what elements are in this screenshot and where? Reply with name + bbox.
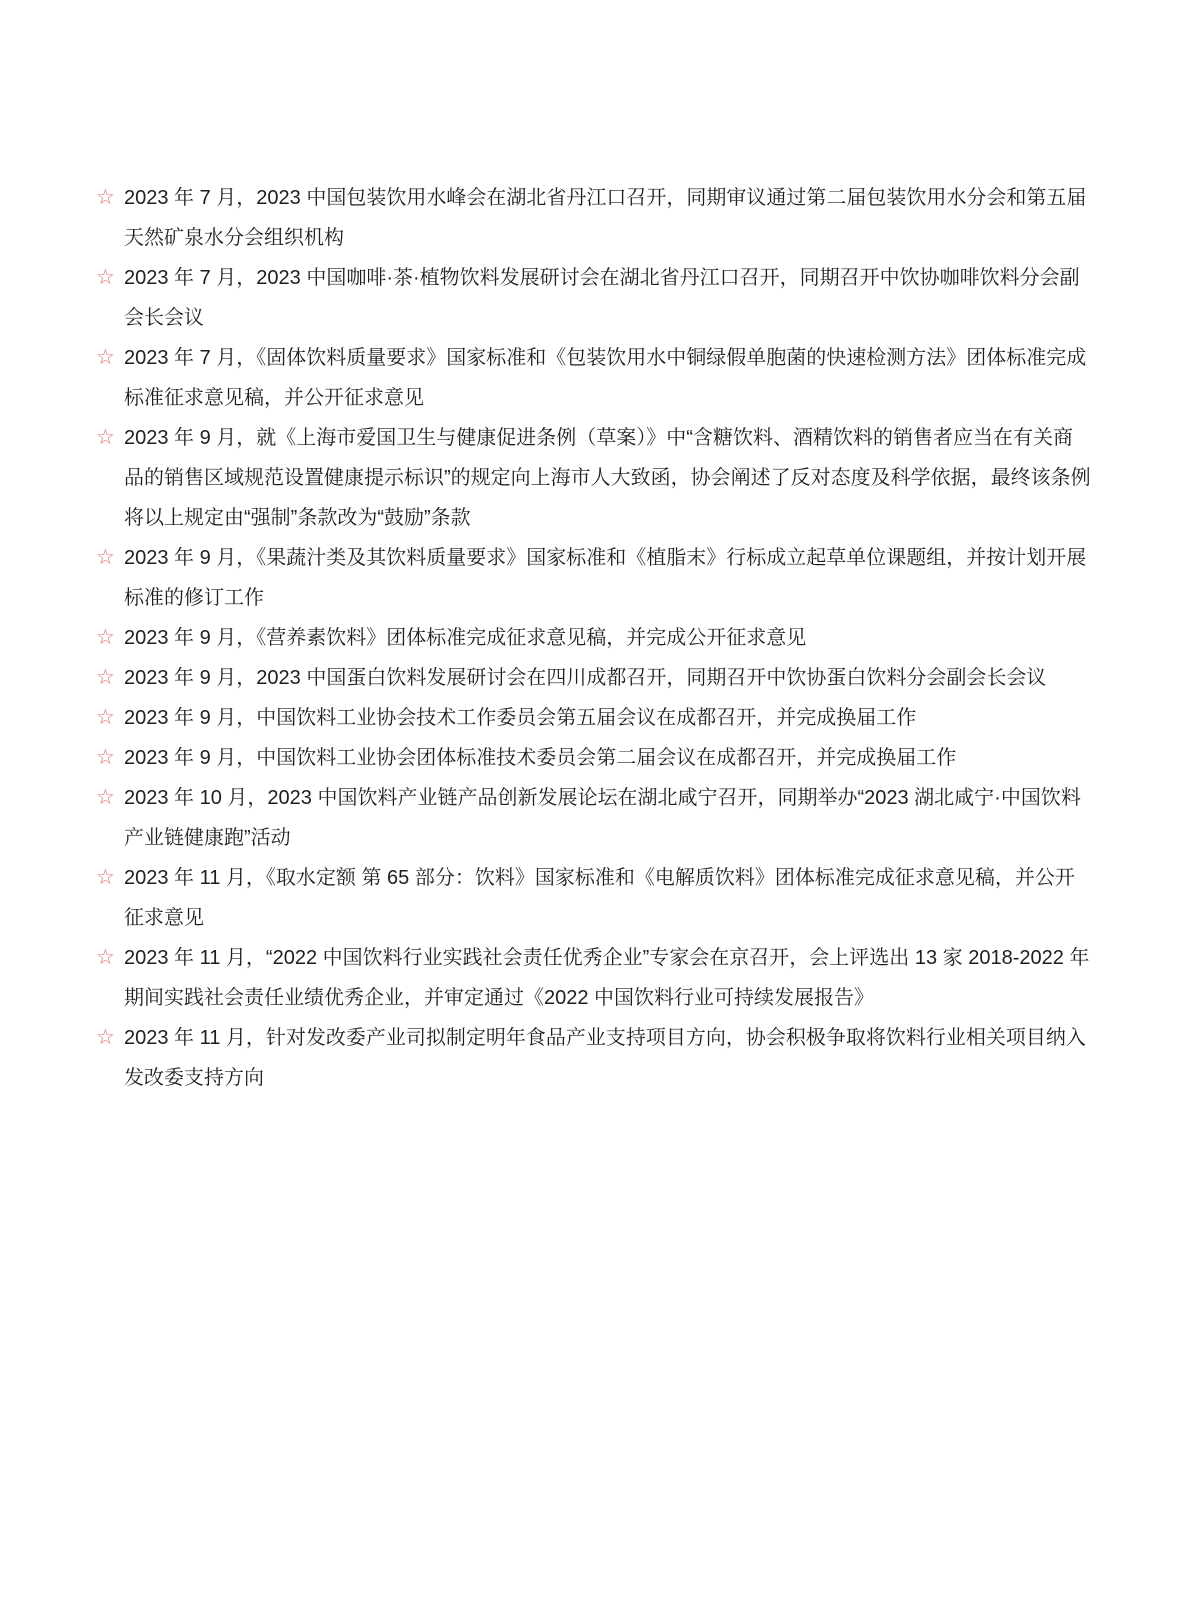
timeline-item-text: 2023 年 9 月，中国饮料工业协会技术工作委员会第五届会议在成都召开，并完成…	[124, 707, 916, 729]
timeline-item: ☆2023 年 7 月，2023 中国咖啡·茶·植物饮料发展研讨会在湖北省丹江口…	[96, 258, 1092, 338]
timeline-item-text: 2023 年 10 月，2023 中国饮料产业链产品创新发展论坛在湖北咸宁召开，…	[124, 787, 1081, 849]
star-bullet-icon: ☆	[96, 618, 124, 658]
star-bullet-icon: ☆	[96, 738, 124, 778]
timeline-item: ☆2023 年 10 月，2023 中国饮料产业链产品创新发展论坛在湖北咸宁召开…	[96, 778, 1092, 858]
timeline-item: ☆2023 年 9 月，《果蔬汁类及其饮料质量要求》国家标准和《植脂末》行标成立…	[96, 538, 1092, 618]
timeline-item-text: 2023 年 7 月，2023 中国咖啡·茶·植物饮料发展研讨会在湖北省丹江口召…	[124, 267, 1080, 329]
timeline-item-text: 2023 年 9 月，就《上海市爱国卫生与健康促进条例（草案）》中“含糖饮料、酒…	[124, 427, 1091, 529]
document-page: ☆2023 年 7 月，2023 中国包装饮用水峰会在湖北省丹江口召开，同期审议…	[0, 0, 1178, 1600]
timeline-item: ☆2023 年 11 月，“2022 中国饮料行业实践社会责任优秀企业”专家会在…	[96, 938, 1092, 1018]
star-bullet-icon: ☆	[96, 258, 124, 298]
star-bullet-icon: ☆	[96, 858, 124, 898]
timeline-item: ☆2023 年 11 月，《取水定额 第 65 部分：饮料》国家标准和《电解质饮…	[96, 858, 1092, 938]
timeline-item-text: 2023 年 9 月，《果蔬汁类及其饮料质量要求》国家标准和《植脂末》行标成立起…	[124, 547, 1086, 609]
star-bullet-icon: ☆	[96, 338, 124, 378]
star-bullet-icon: ☆	[96, 658, 124, 698]
timeline-item-text: 2023 年 11 月，“2022 中国饮料行业实践社会责任优秀企业”专家会在京…	[124, 947, 1089, 1009]
timeline-item-text: 2023 年 11 月，针对发改委产业司拟制定明年食品产业支持项目方向，协会积极…	[124, 1027, 1086, 1089]
timeline-item: ☆2023 年 11 月，针对发改委产业司拟制定明年食品产业支持项目方向，协会积…	[96, 1018, 1092, 1098]
timeline-item: ☆2023 年 9 月，2023 中国蛋白饮料发展研讨会在四川成都召开，同期召开…	[96, 658, 1092, 698]
star-bullet-icon: ☆	[96, 538, 124, 578]
star-bullet-icon: ☆	[96, 418, 124, 458]
star-bullet-icon: ☆	[96, 178, 124, 218]
timeline-item-text: 2023 年 7 月，《固体饮料质量要求》国家标准和《包装饮用水中铜绿假单胞菌的…	[124, 347, 1086, 409]
timeline-item: ☆2023 年 7 月，《固体饮料质量要求》国家标准和《包装饮用水中铜绿假单胞菌…	[96, 338, 1092, 418]
star-bullet-icon: ☆	[96, 938, 124, 978]
star-bullet-icon: ☆	[96, 778, 124, 818]
timeline-item: ☆2023 年 9 月，中国饮料工业协会团体标准技术委员会第二届会议在成都召开，…	[96, 738, 1092, 778]
star-bullet-icon: ☆	[96, 698, 124, 738]
timeline-item: ☆2023 年 9 月，就《上海市爱国卫生与健康促进条例（草案）》中“含糖饮料、…	[96, 418, 1092, 538]
timeline-list: ☆2023 年 7 月，2023 中国包装饮用水峰会在湖北省丹江口召开，同期审议…	[96, 178, 1092, 1098]
timeline-item-text: 2023 年 9 月，中国饮料工业协会团体标准技术委员会第二届会议在成都召开，并…	[124, 747, 956, 769]
timeline-item: ☆2023 年 9 月，中国饮料工业协会技术工作委员会第五届会议在成都召开，并完…	[96, 698, 1092, 738]
timeline-item-text: 2023 年 7 月，2023 中国包装饮用水峰会在湖北省丹江口召开，同期审议通…	[124, 187, 1086, 249]
timeline-item-text: 2023 年 11 月，《取水定额 第 65 部分：饮料》国家标准和《电解质饮料…	[124, 867, 1075, 929]
timeline-item-text: 2023 年 9 月，2023 中国蛋白饮料发展研讨会在四川成都召开，同期召开中…	[124, 667, 1046, 689]
star-bullet-icon: ☆	[96, 1018, 124, 1058]
timeline-item: ☆2023 年 9 月，《营养素饮料》团体标准完成征求意见稿，并完成公开征求意见	[96, 618, 1092, 658]
timeline-item-text: 2023 年 9 月，《营养素饮料》团体标准完成征求意见稿，并完成公开征求意见	[124, 627, 806, 649]
timeline-item: ☆2023 年 7 月，2023 中国包装饮用水峰会在湖北省丹江口召开，同期审议…	[96, 178, 1092, 258]
